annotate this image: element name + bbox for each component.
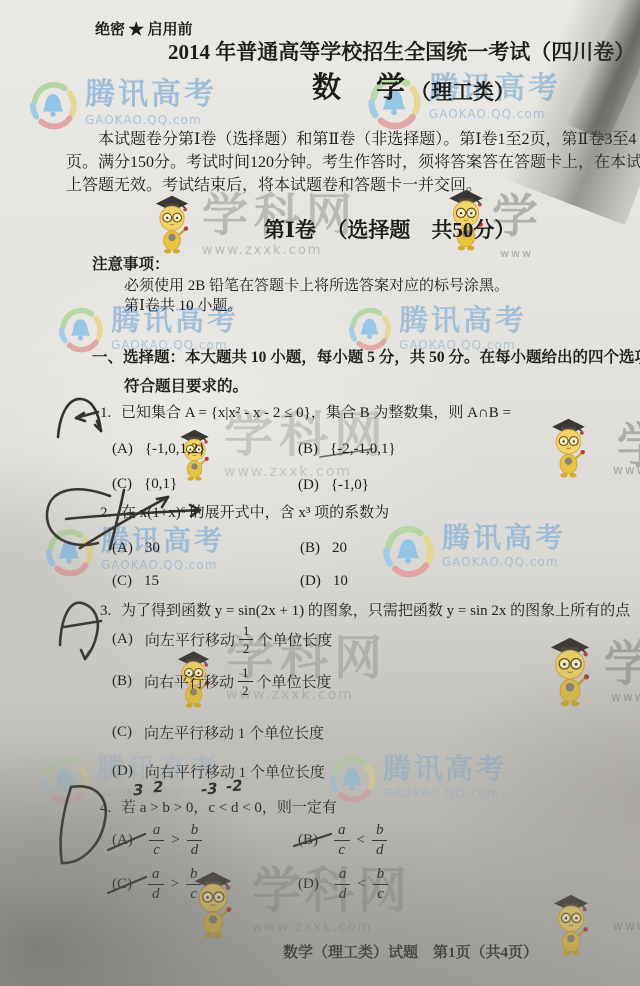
handwritten-answer-mark-q3 [60,603,101,659]
fraction: bc [186,867,202,902]
tencent-url: GAOKAO.QQ.com [97,786,221,800]
tencent-watermark: 腾讯高考 GAOKAO.QQ.com [28,80,217,130]
relation-sign: > [171,876,179,893]
option-label: (B) [112,673,132,690]
question-text: 已知集合 A = {x|x² - x - 2 ≤ 0}，集合 B 为整数集，则 … [121,405,511,421]
fraction: ad [148,867,164,902]
option-item: (D) 向右平行移动 1 个单位长度 [112,761,325,782]
fraction-numerator: b [186,867,202,885]
tencent-logo-icon [57,306,104,353]
subject-category: （理工类） [410,80,515,104]
option-text: 向左平行移动 1 个单位长度 [144,722,324,743]
scanned-exam-page: 腾讯高考 GAOKAO.QQ.com 腾讯高考 GAOKAO.QQ.com 腾讯… [0,0,640,986]
option-label: (A) [112,832,133,849]
option-label: (D) [300,573,321,590]
subject-title: 数 学 [312,72,408,105]
option-text: 30 [145,540,160,557]
fraction-numerator: a [149,823,165,841]
option-label: (B) [298,832,318,849]
handwritten-superscript: 2 [152,780,163,796]
option-item: (B) 20 [300,540,347,557]
fraction-denominator: 2 [243,640,250,655]
option-text: 20 [332,540,347,557]
question-number: 3. [100,603,111,619]
option-item: (C) 向左平行移动 1 个单位长度 [112,722,324,743]
option-label: (C) [112,476,132,493]
corner-crease-shadow [504,0,640,225]
fraction-denominator: c [377,885,384,902]
tencent-logo-icon [381,524,435,578]
zxxk-partial-char: 学 [617,422,640,470]
zxxk-url: www.zxxk.com [202,243,358,258]
notes-title: 注意事项： [92,256,170,274]
option-text: {-2,-1,0,1} [330,441,396,458]
option-item: (A) {-1,0,1,2} [112,441,205,458]
fraction: ac [334,823,350,858]
option-label: (D) [112,763,133,780]
section-intro: 一、选择题：本大题共 10 小题，每小题 5 分，共 50 分。在每小题给出的四… [92,349,640,367]
exam-title: 2014 年普通高等学校招生全国统一考试（四川卷） [168,40,635,64]
intro-line: 上答题无效。考试结束后，将本试题卷和答题卡一并交回。 [66,177,482,195]
tencent-title: 腾讯高考 [399,306,527,335]
option-text: 个单位长度 [257,671,332,692]
zxxk-partial-char: 学 [604,640,640,688]
fraction: ac [149,823,165,858]
fraction-denominator: d [376,841,384,858]
fraction-numerator: a [335,867,351,885]
note-line: 第Ⅰ卷共 10 小题。 [124,298,242,315]
question-2: 2. 在 x(1+x)⁶ 的展开式中，含 x³ 项的系数为 [100,505,389,522]
option-label: (C) [112,876,132,893]
tencent-watermark: 腾讯高考 GAOKAO.QQ.com [347,306,527,352]
fraction: ad [335,867,351,902]
option-item: (D) 10 [300,573,348,590]
fraction-numerator: b [372,823,388,841]
fraction-denominator: c [153,841,160,858]
option-text: 向左平行移动 [145,629,235,650]
tencent-watermark: 腾讯高考 GAOKAO.QQ.com [328,755,507,803]
footer-text: 数学（理工类）试题 第1页（共4页） [283,945,538,962]
corner-crease-shadow [565,0,640,142]
handwritten-answer-mark-q1 [58,399,101,437]
option-item: (A) ac > bd [112,820,206,860]
fraction: 1 2 [239,624,254,655]
fraction: bc [373,867,389,902]
fraction-denominator: d [339,885,347,902]
tencent-logo-icon [328,755,376,803]
fraction-numerator: 1 [238,666,253,682]
zxxk-mascot-icon [548,888,594,957]
option-text: 个单位长度 [257,629,332,650]
question-text: 若 a > b > 0，c < d < 0，则一定有 [121,800,337,816]
tencent-url: GAOKAO.QQ.com [442,555,566,569]
option-text: {0,1} [144,476,177,493]
option-label: (A) [112,540,133,557]
intro-line: 本试题卷分第Ⅰ卷（选择题）和第Ⅱ卷（非选择题）。第Ⅰ卷1至2页，第Ⅱ卷3至4 [98,131,636,149]
fraction-denominator: d [152,885,160,902]
handwritten-superscript: -3 [200,781,218,797]
question-number: 4. [100,800,111,816]
fraction-denominator: c [190,885,197,902]
tencent-url: GAOKAO.QQ.com [85,113,217,127]
option-label: (C) [112,573,132,590]
part1-heading: 第Ⅰ卷 （选择题 共50分） [264,218,515,242]
option-item: (A) 向左平行移动 1 2 个单位长度 [112,624,332,655]
tencent-logo-icon [40,755,90,805]
note-line: 必须使用 2B 铅笔在答题卡上将所选答案对应的标号涂黑。 [124,278,509,295]
zxxk-url: www.zxxk.com [252,920,411,935]
tencent-title: 腾讯高考 [85,80,217,110]
fraction-numerator: b [187,823,203,841]
handwritten-superscript: 3 [132,783,143,799]
option-item: (B) {-2,-1,0,1} [298,441,396,458]
question-number: 1. [100,405,111,421]
question-text: 在 x(1+x)⁶ 的展开式中，含 x³ 项的系数为 [121,505,389,521]
fraction: 1 2 [238,666,253,697]
handwritten-answer-mark-q4 [61,786,106,863]
relation-sign: < [357,876,365,893]
option-text: 向右平行移动 1 个单位长度 [145,761,325,782]
fraction-numerator: 1 [239,624,254,640]
option-item: (D) {-1,0} [298,477,369,494]
zxxk-partial-url: www [500,247,533,260]
fraction: bd [372,823,388,858]
fraction-denominator: 2 [242,682,249,697]
security-label: 绝密 ★ 启用前 [95,22,193,39]
zxxk-partial-url: www [613,919,640,933]
option-item: (C) {0,1} [112,476,177,493]
fraction-denominator: d [191,841,199,858]
option-label: (C) [112,724,132,741]
tencent-url: GAOKAO.QQ.com [101,558,225,572]
relation-sign: < [357,832,365,849]
option-text: {-1,0,1,2} [145,441,206,458]
option-label: (B) [298,441,318,458]
tencent-watermark: 腾讯高考 GAOKAO.QQ.com [381,524,566,578]
fraction-denominator: c [338,841,345,858]
fraction-numerator: a [148,867,164,885]
zxxk-mascot-icon [544,630,596,708]
tencent-url: GAOKAO.QQ.com [383,786,507,800]
option-label: (A) [112,631,133,648]
option-label: (D) [298,477,319,494]
option-item: (B) ac < bd [298,820,391,860]
question-1: 1. 已知集合 A = {x|x² - x - 2 ≤ 0}，集合 B 为整数集… [100,405,511,422]
option-text: 15 [144,573,159,590]
zxxk-partial-url: www [613,463,640,477]
fraction-numerator: b [373,867,389,885]
option-label: (D) [298,876,319,893]
tencent-title: 腾讯高考 [383,755,507,783]
tencent-logo-icon [28,80,78,130]
intro-line: 页。满分150分。考试时间120分钟。考生作答时，须将答案答在答题卡上，在本试卷 [66,154,640,172]
question-text: 为了得到函数 y = sin(2x + 1) 的图象，只需把函数 y = sin… [121,603,630,619]
zxxk-mascot-icon [546,412,591,479]
option-item: (D) ad < bc [298,864,392,904]
question-4: 4. 若 a > b > 0，c < d < 0，则一定有 [100,800,337,817]
fraction: bd [187,823,203,858]
option-label: (B) [300,540,320,557]
question-3: 3. 为了得到函数 y = sin(2x + 1) 的图象，只需把函数 y = … [100,603,630,620]
relation-sign: > [171,832,179,849]
zxxk-partial-url: www [611,690,640,704]
option-text: {-1,0} [331,477,369,494]
tencent-logo-icon [44,527,94,577]
option-item: (C) 15 [112,573,159,590]
tencent-url: GAOKAO.QQ.com [429,107,561,121]
option-item: (A) 30 [112,540,160,557]
fraction-numerator: a [334,823,350,841]
option-text: 向右平行移动 [144,671,234,692]
zxxk-mascot-icon [150,189,194,255]
option-item: (B) 向右平行移动 1 2 个单位长度 [112,666,332,697]
option-label: (A) [112,441,133,458]
tencent-title: 腾讯高考 [442,524,566,552]
option-text: 10 [333,573,348,590]
section-intro: 符合题目要求的。 [124,378,248,396]
option-item: (C) ad > bc [112,864,205,904]
tencent-logo-icon [347,306,392,351]
question-number: 2. [100,505,111,521]
